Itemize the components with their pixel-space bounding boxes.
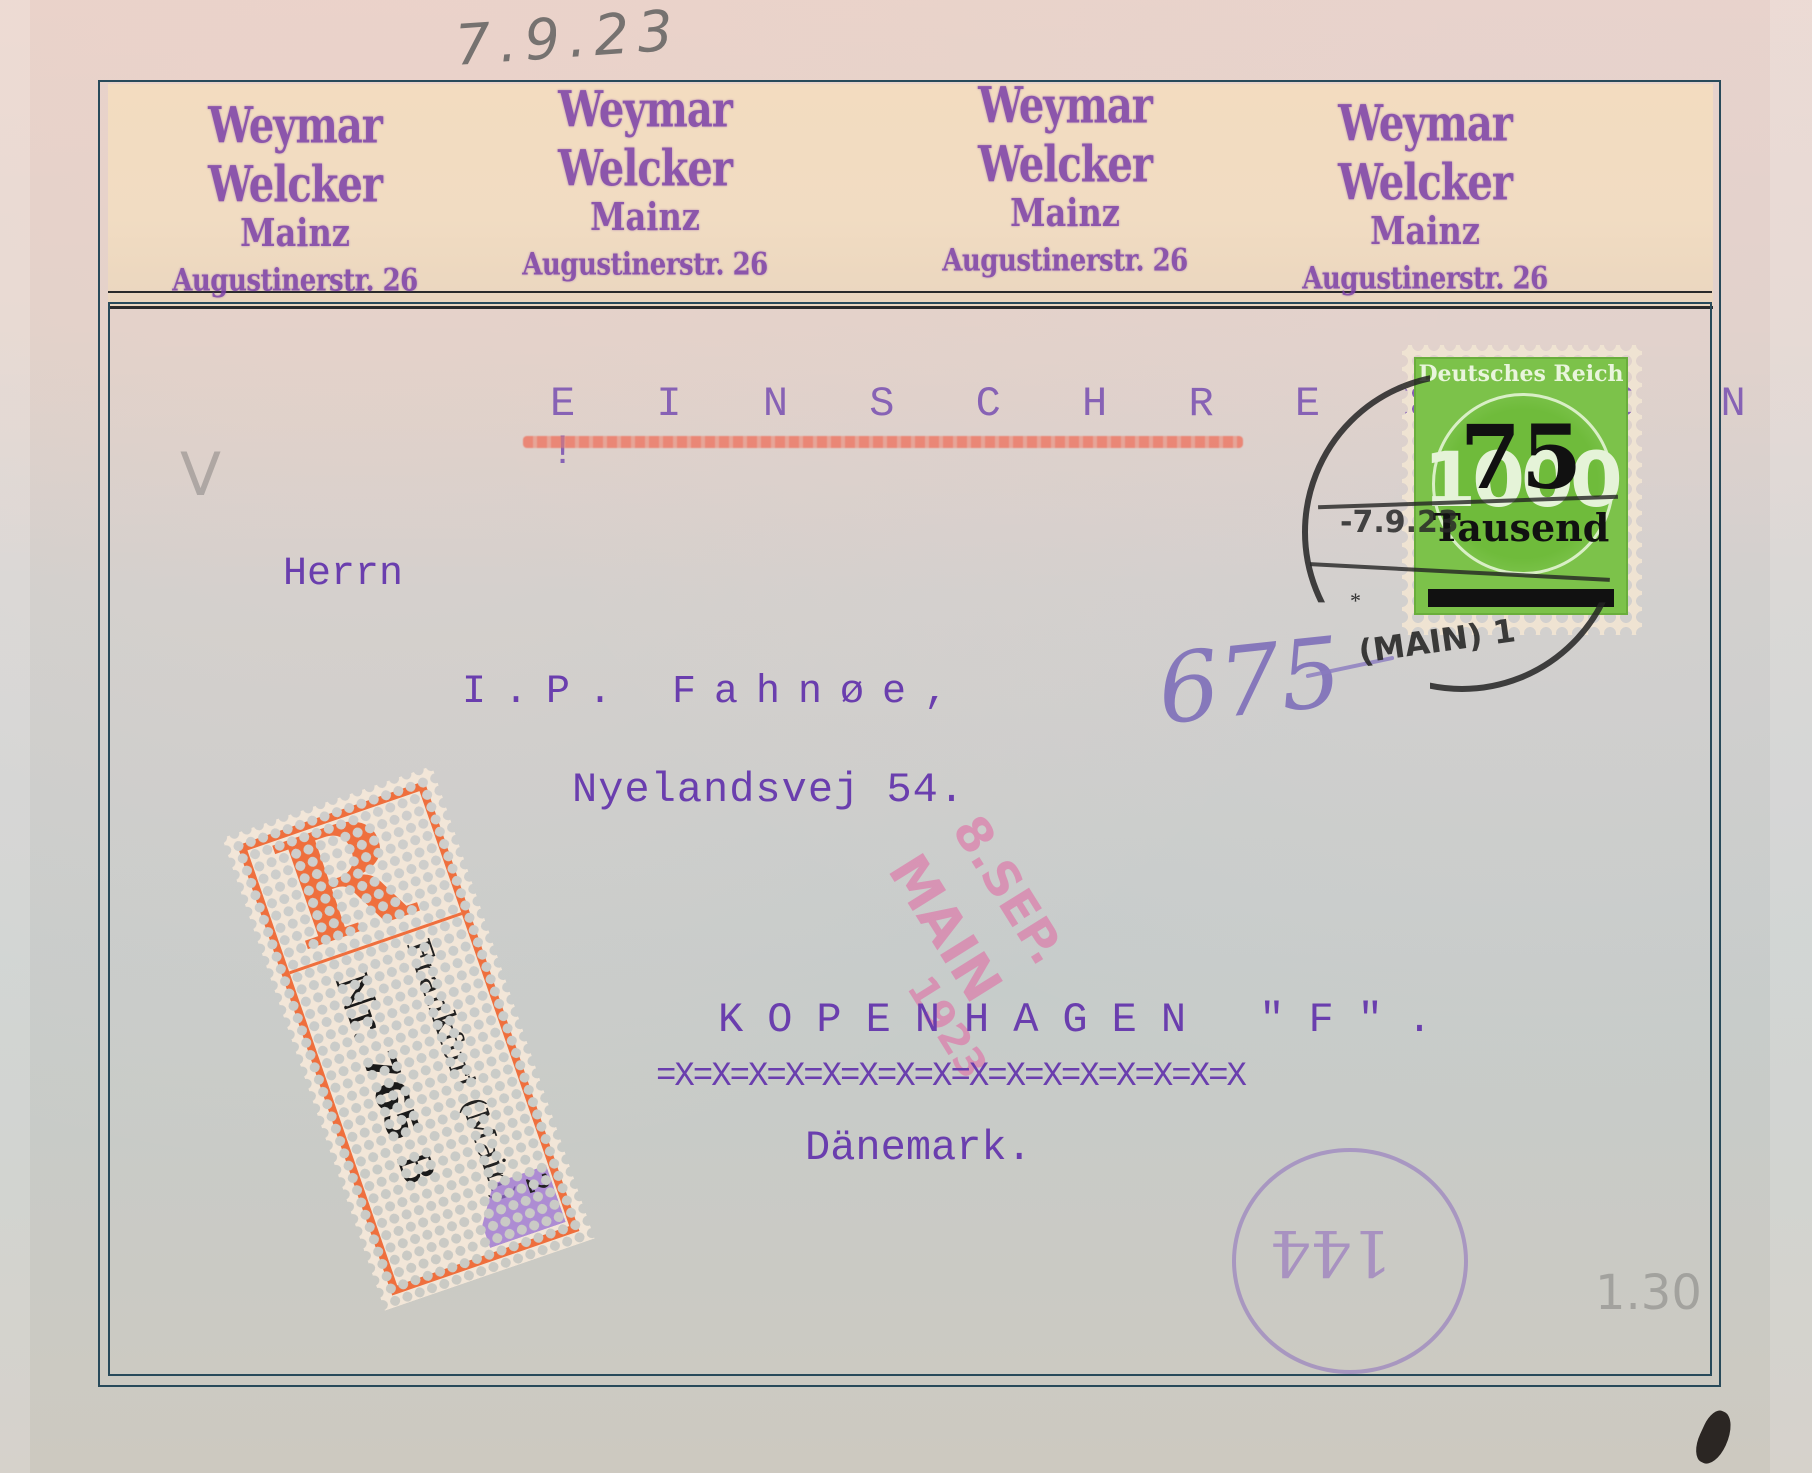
letterhead-name: Weymar Welcker <box>135 96 455 214</box>
letterhead-street: Augustinerstr. 26 <box>135 263 455 299</box>
stamp-overprint-value: 75 <box>1414 405 1628 509</box>
letterhead-name: Weymar Welcker <box>1265 94 1585 212</box>
letterhead-stamp-2: Weymar Welcker Mainz Augustinerstr. 26 <box>485 92 805 280</box>
letterhead-street: Augustinerstr. 26 <box>905 243 1225 279</box>
ink-blot <box>1690 1407 1739 1469</box>
censor-mark-number: 144 <box>1270 1215 1392 1289</box>
left-edge-crease <box>0 0 30 1473</box>
pencil-check-mark: V <box>180 440 221 510</box>
recipient-city: KOPENHAGEN "F". <box>718 996 1456 1044</box>
red-crayon-underline <box>523 436 1243 448</box>
letterhead-city: Mainz <box>485 194 805 240</box>
pencil-date-annotation: 7.9.23 <box>453 0 683 79</box>
letterhead-city: Mainz <box>135 210 455 256</box>
address-separator-line: =X=X=X=X=X=X=X=X=X=X=X=X=X=X=X=X <box>656 1058 1245 1096</box>
letterhead-name: Weymar Welcker <box>485 80 805 198</box>
recipient-street: Nyelandsvej 54. <box>572 766 965 814</box>
letterhead-name: Weymar Welcker <box>905 76 1225 194</box>
letterhead-stamp-4: Weymar Welcker Mainz Augustinerstr. 26 <box>1265 106 1585 294</box>
letterhead-city: Mainz <box>1265 208 1585 254</box>
postmark-date: -7.9.23 <box>1340 505 1459 540</box>
handwritten-price-mark: 675 <box>1153 616 1347 747</box>
recipient-country: Dänemark. <box>805 1124 1032 1172</box>
letterhead-stamp-1: Weymar Welcker Mainz Augustinerstr. 26 <box>135 108 455 296</box>
recipient-name: I.P. Fahnøe, <box>462 670 966 715</box>
letterhead-street: Augustinerstr. 26 <box>1265 261 1585 297</box>
registration-number-value: 765 <box>352 1044 430 1147</box>
envelope: 7.9.23 Weymar Welcker Mainz Augustinerst… <box>0 0 1812 1473</box>
letterhead-street: Augustinerstr. 26 <box>485 247 805 283</box>
salutation: Herrn <box>283 552 403 597</box>
right-edge-crease <box>1770 0 1812 1473</box>
pencil-scribble: 1.30 <box>1595 1265 1702 1321</box>
letterhead-stamp-3: Weymar Welcker Mainz Augustinerstr. 26 <box>905 88 1225 276</box>
letterhead-city: Mainz <box>905 190 1225 236</box>
registration-number-prefix: Nr. <box>325 966 396 1048</box>
registration-series: B <box>386 1144 445 1191</box>
stamp-country-name: Deutsches Reich <box>1414 361 1628 387</box>
postmark-star-icon: * <box>1350 588 1361 614</box>
